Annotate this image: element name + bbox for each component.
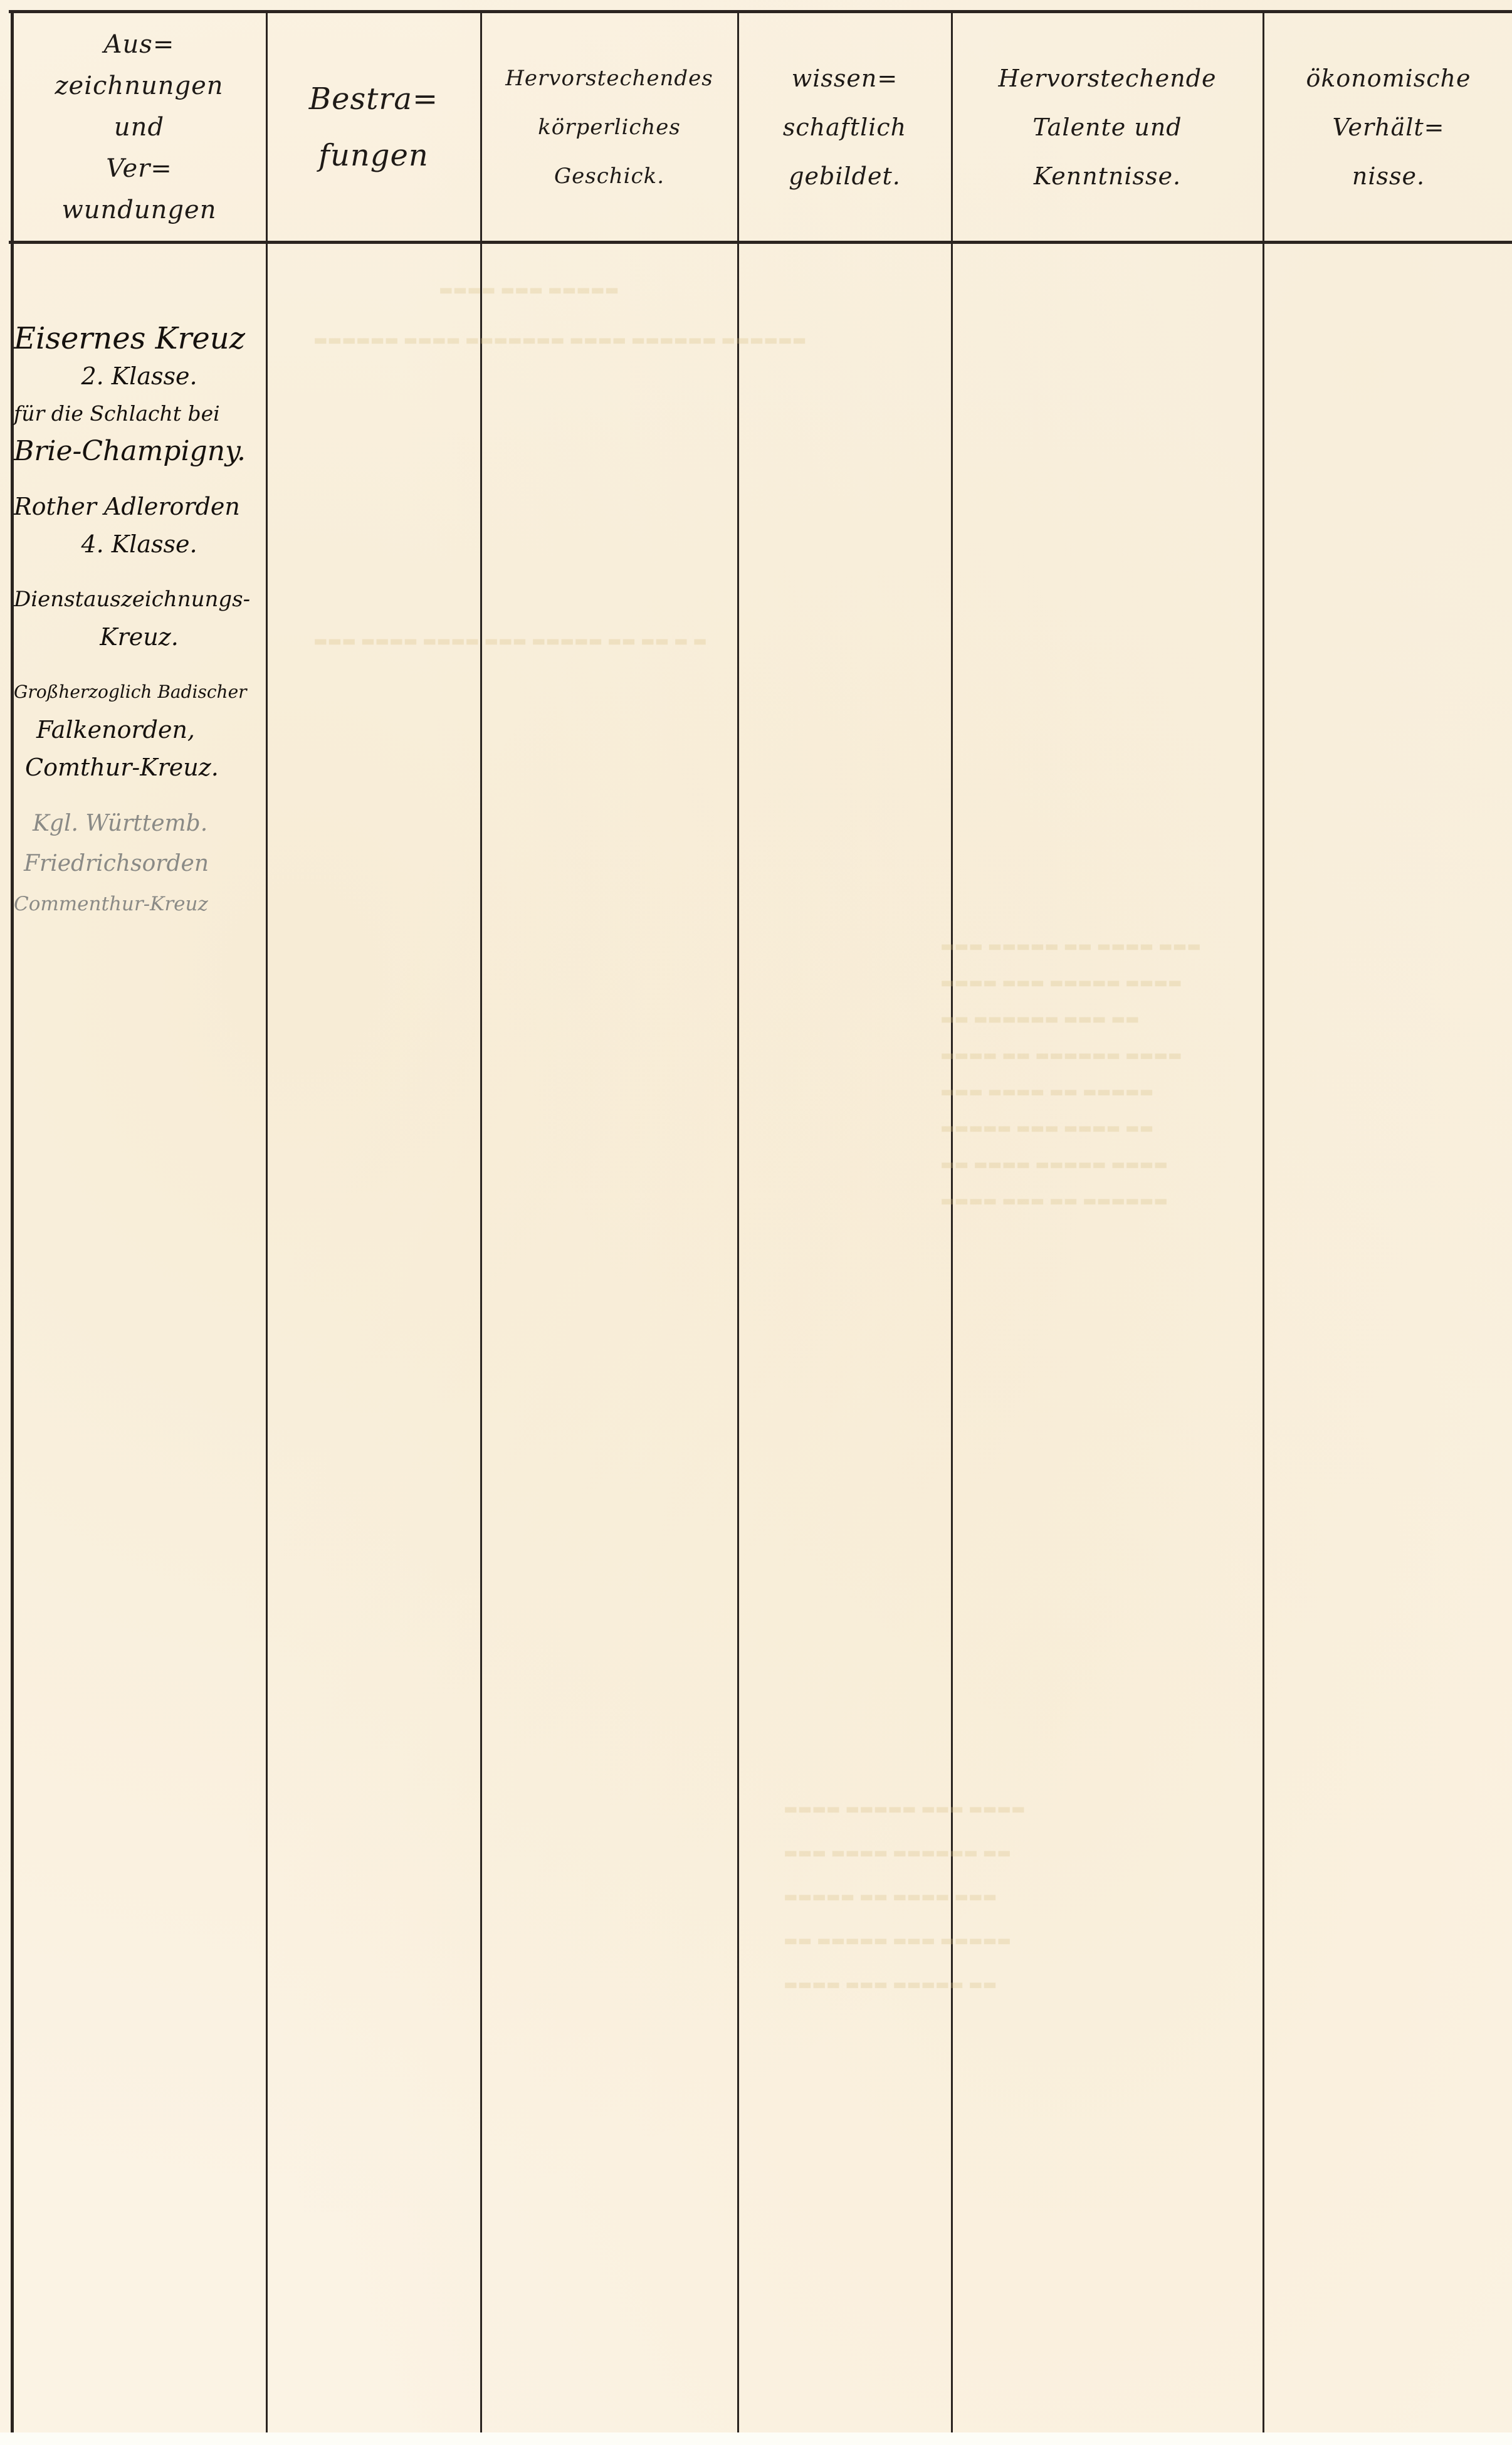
header-koerperliches-geschick: Hervorstechendes körperliches Geschick. <box>483 15 736 239</box>
page-bottom-edge <box>0 2432 1512 2445</box>
header-line: und <box>114 107 164 148</box>
entry-line: Comthur-Kreuz. <box>14 749 265 786</box>
header-bestrafungen: Bestra= fungen <box>268 15 479 239</box>
header-line: Bestra= <box>309 71 438 127</box>
column-divider-4 <box>951 13 953 2439</box>
header-line: gebildet. <box>789 152 901 201</box>
entry-falkenorden: Großherzoglich Badischer Falkenorden, Co… <box>14 673 265 786</box>
header-line: fungen <box>318 127 429 184</box>
column-divider-3 <box>737 13 739 2439</box>
header-line: schaftlich <box>783 103 906 152</box>
header-wissenschaftlich: wissen= schaftlich gebildet. <box>740 15 950 239</box>
entry-line: Friedrichsorden <box>14 844 265 884</box>
header-line: Hervorstechende <box>998 54 1216 103</box>
header-oekonomisch: ökonomische Verhält= nisse. <box>1265 15 1512 239</box>
header-line: Kenntnisse. <box>1034 152 1181 201</box>
header-auszeichnungen: Aus= zeichnungen und Ver= wundungen <box>14 15 265 239</box>
entry-eisernes-kreuz: Eisernes Kreuz 2. Klasse. für die Schlac… <box>14 320 265 470</box>
header-line: nisse. <box>1352 152 1425 201</box>
header-line: Ver= <box>106 148 172 189</box>
ledger-page: Aus= zeichnungen und Ver= wundungen Best… <box>0 0 1512 2445</box>
header-line: wundungen <box>62 189 217 231</box>
entry-line: 2. Klasse. <box>14 357 265 395</box>
entry-line: 4. Klasse. <box>14 525 265 563</box>
entry-rother-adlerorden: Rother Adlerorden 4. Klasse. <box>14 488 265 563</box>
show-through-texture: ▬▬▬▬ ▬▬▬▬▬ ▬▬▬ ▬▬▬▬▬▬▬ ▬▬▬▬ ▬▬▬▬▬▬ ▬▬▬▬▬… <box>784 1787 1026 2006</box>
entry-line: Rother Adlerorden <box>14 488 265 525</box>
decorations-list: Eisernes Kreuz 2. Klasse. für die Schlac… <box>14 320 265 942</box>
header-talente: Hervorstechende Talente und Kenntnisse. <box>953 15 1261 239</box>
header-line: ökonomische <box>1306 54 1471 103</box>
entry-line: Eisernes Kreuz <box>14 320 265 357</box>
header-line: Aus= <box>104 24 175 65</box>
entry-line: Falkenorden, <box>14 711 265 749</box>
header-line: Verhält= <box>1333 103 1445 152</box>
entry-line: Großherzoglich Badischer <box>14 673 265 711</box>
column-divider-1 <box>266 13 268 2439</box>
entry-friedrichsorden-pencil: Kgl. Württemb. Friedrichsorden Commenthu… <box>14 804 265 924</box>
column-divider-5 <box>1263 13 1264 2439</box>
header-separator-rule <box>9 241 1512 244</box>
show-through-texture: ▬▬▬▬▬▬ ▬▬▬▬ ▬▬▬▬▬▬▬ ▬▬▬▬ ▬▬▬▬▬▬ ▬▬▬▬▬▬ <box>313 326 806 354</box>
entry-line: Brie-Champigny. <box>14 433 265 470</box>
header-line: körperliches <box>538 103 681 152</box>
show-through-texture: ▬▬▬▬ ▬▬▬ ▬▬▬▬▬ <box>439 276 619 303</box>
header-line: Geschick. <box>554 152 664 201</box>
show-through-texture: ▬▬▬ ▬▬▬▬▬ ▬▬ ▬▬▬▬ ▬▬▬▬▬▬▬ ▬▬▬ ▬▬▬▬▬ ▬▬▬▬… <box>940 928 1201 1219</box>
entry-dienstauszeichnungskreuz: Dienstauszeichnungs- Kreuz. <box>14 581 265 656</box>
header-line: Talente und <box>1032 103 1182 152</box>
column-divider-2 <box>480 13 482 2439</box>
header-line: zeichnungen <box>55 65 223 107</box>
entry-line: Dienstauszeichnungs- <box>14 581 265 618</box>
show-through-texture: ▬▬▬ ▬▬▬▬ ▬▬▬▬ ▬▬▬ ▬▬▬▬▬ ▬▬ ▬▬ ▬ ▬ <box>313 627 707 655</box>
header-line: Hervorstechendes <box>505 54 713 103</box>
entry-line: Kgl. Württemb. <box>14 804 265 844</box>
entry-line: für die Schlacht bei <box>14 395 265 433</box>
header-line: wissen= <box>792 54 898 103</box>
top-border-rule <box>9 10 1512 13</box>
entry-line: Kreuz. <box>14 618 265 656</box>
entry-line: Commenthur-Kreuz <box>14 884 265 924</box>
